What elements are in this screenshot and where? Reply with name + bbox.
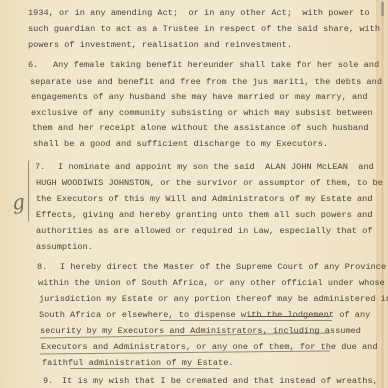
text-line: jurisdiction my Estate or any portion th… (39, 294, 388, 304)
text-line: shall be a good and sufficient discharge… (33, 139, 328, 149)
text-line: exclusive of any community subsisting or… (31, 108, 373, 118)
text-line: authorities as are allowed or required i… (36, 226, 373, 236)
binding-mark (381, 2, 384, 16)
text-line: I hereby direct the Master of the Suprem… (60, 262, 386, 272)
clause-number: 8. (37, 262, 47, 272)
text-line: separate use and benefit and free from t… (30, 77, 382, 87)
underline-mark (70, 368, 220, 369)
underline-mark (160, 320, 332, 321)
text-line: them and her receipt alone without the a… (32, 123, 369, 133)
clause-number: 7. (35, 162, 45, 172)
text-line: 1934, or in any amending Act; or in any … (28, 8, 370, 18)
text-line: I nominate and appoint my son the said A… (58, 162, 374, 172)
text-line: engagements of any husband she may have … (31, 92, 368, 102)
text-line: Any female taking benefit hereunder shal… (53, 60, 379, 70)
text-line: such guardian to act as a Trustee in res… (28, 24, 380, 34)
text-line: HUGH WOODIWIS JOHNSTON, or the survivor … (36, 178, 383, 188)
text-line: Effects, giving and hereby granting unto… (36, 210, 373, 220)
text-line: South Africa or elsewhere, to dispense w… (39, 310, 370, 320)
text-line: within the Union of South Africa, or any… (38, 278, 385, 288)
text-line: powers of investment, realisation and re… (28, 40, 292, 50)
text-line: faithful administration of my Estate. (42, 358, 234, 368)
page-edge (376, 0, 388, 388)
clause-number: 9. (43, 376, 53, 386)
text-line: It is my wish that I be cremated and tha… (62, 376, 378, 386)
text-line: the Executors of this my Will and Admini… (36, 194, 373, 204)
text-line: assumption. (36, 242, 93, 252)
margin-bracket (28, 160, 33, 222)
strikethrough-mark (248, 316, 330, 317)
clause-number: 6. (28, 60, 38, 70)
